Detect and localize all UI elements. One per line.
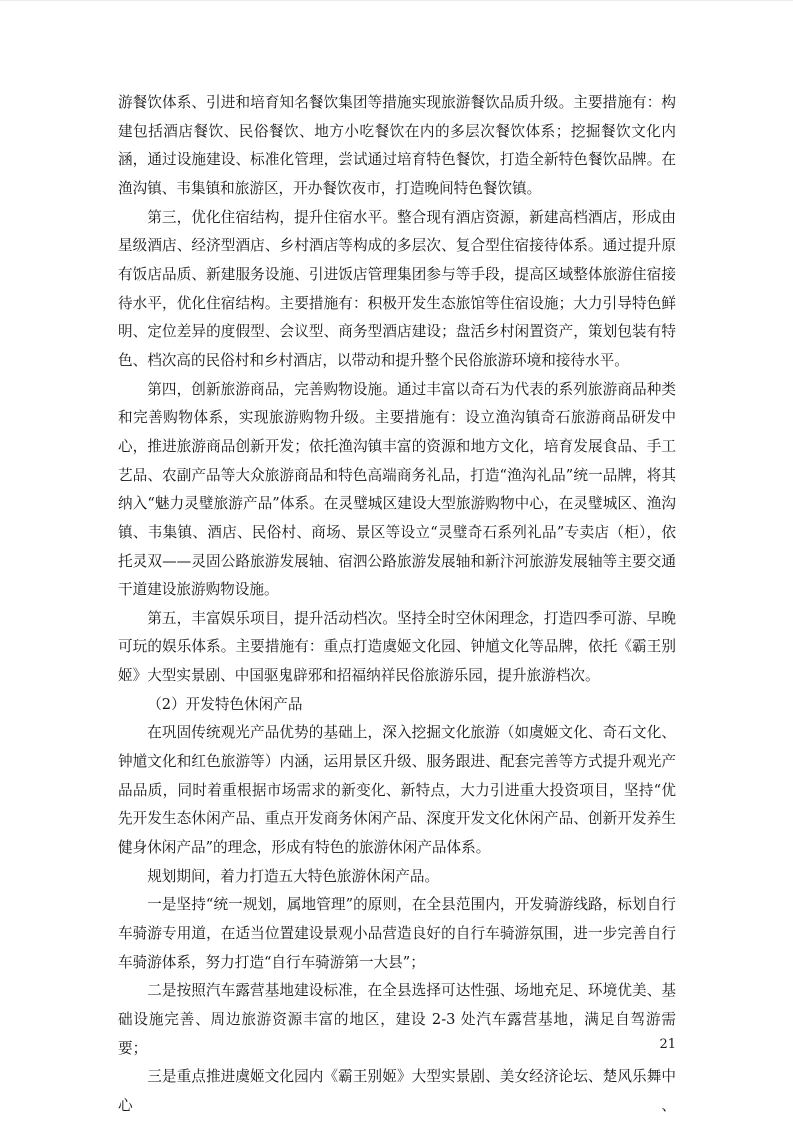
paragraph: 规划期间，着力打造五大特色旅游休闲产品。 <box>118 863 676 892</box>
paragraph: 一是坚持“统一规划，属地管理”的原则，在全县范围内，开发骑游线路，标划自行车骑游… <box>118 891 676 977</box>
paragraph: 三是重点推进虞姬文化园内《霸王别姬》大型实景剧、美女经济论坛、楚风乐舞中心、 <box>118 1063 676 1120</box>
paragraph: 第四，创新旅游商品，完善购物设施。通过丰富以奇石为代表的系列旅游商品种类和完善购… <box>118 376 676 605</box>
page-number: 21 <box>118 1037 676 1052</box>
paragraph: 第三，优化住宿结构，提升住宿水平。整合现有酒店资源，新建高档酒店，形成由星级酒店… <box>118 204 676 376</box>
paragraph: 第五，丰富娱乐项目，提升活动档次。坚持全时空休闲理念，打造四季可游、早晚可玩的娱… <box>118 605 676 691</box>
paragraph: 在巩固传统观光产品优势的基础上，深入挖掘文化旅游（如虞姬文化、奇石文化、钟馗文化… <box>118 719 676 862</box>
paragraph: （2）开发特色休闲产品 <box>118 691 676 720</box>
document-page: 游餐饮体系、引进和培育知名餐饮集团等措施实现旅游餐饮品质升级。主要措施有：构建包… <box>0 0 793 1122</box>
document-body: 游餐饮体系、引进和培育知名餐饮集团等措施实现旅游餐饮品质升级。主要措施有：构建包… <box>118 89 676 1121</box>
paragraph: 游餐饮体系、引进和培育知名餐饮集团等措施实现旅游餐饮品质升级。主要措施有：构建包… <box>118 89 676 204</box>
